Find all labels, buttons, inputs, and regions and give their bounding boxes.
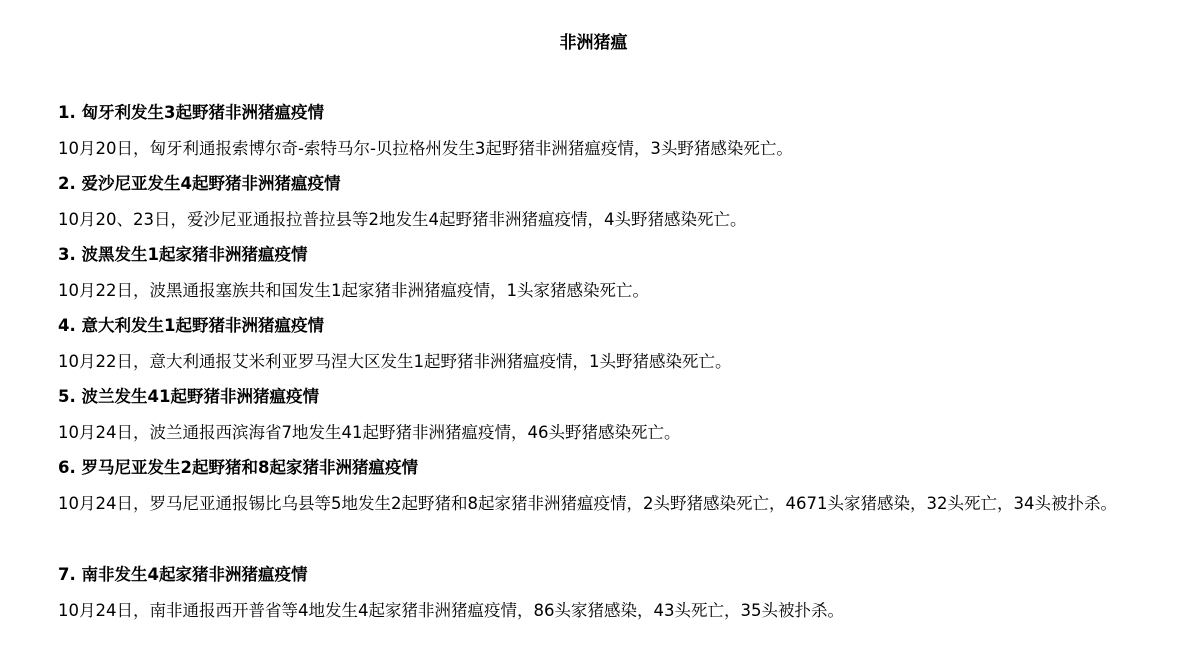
item-heading-2: 2. 爱沙尼亚发生4起野猪非洲猪瘟疫情 [58,173,340,195]
item-heading-5: 5. 波兰发生41起野猪非洲猪瘟疫情 [58,386,319,408]
item-body-5: 10月24日，波兰通报西滨海省7地发生41起野猪非洲猪瘟疫情，46头野猪感染死亡… [22,415,1167,450]
document-title: 非洲猪瘟 [0,32,1187,54]
item-body-2: 10月20、23日，爱沙尼亚通报拉普拉县等2地发生4起野猪非洲猪瘟疫情，4头野猪… [22,202,1167,237]
item-heading-6: 6. 罗马尼亚发生2起野猪和8起家猪非洲猪瘟疫情 [58,457,418,479]
item-body-6: 10月24日，罗马尼亚通报锡比乌县等5地发生2起野猪和8起家猪非洲猪瘟疫情，2头… [22,486,1167,521]
item-body-3: 10月22日，波黑通报塞族共和国发生1起家猪非洲猪瘟疫情，1头家猪感染死亡。 [22,273,1167,308]
item-heading-4: 4. 意大利发生1起野猪非洲猪瘟疫情 [58,315,324,337]
item-heading-1: 1. 匈牙利发生3起野猪非洲猪瘟疫情 [58,102,324,124]
item-heading-3: 3. 波黑发生1起家猪非洲猪瘟疫情 [58,244,307,266]
item-body-7: 10月24日，南非通报西开普省等4地发生4起家猪非洲猪瘟疫情，86头家猪感染，4… [22,593,1167,628]
item-body-4: 10月22日，意大利通报艾米利亚罗马涅大区发生1起野猪非洲猪瘟疫情，1头野猪感染… [22,344,1167,379]
item-heading-7: 7. 南非发生4起家猪非洲猪瘟疫情 [58,564,307,586]
item-body-1: 10月20日，匈牙利通报索博尔奇-索特马尔-贝拉格州发生3起野猪非洲猪瘟疫情，3… [22,131,1167,166]
